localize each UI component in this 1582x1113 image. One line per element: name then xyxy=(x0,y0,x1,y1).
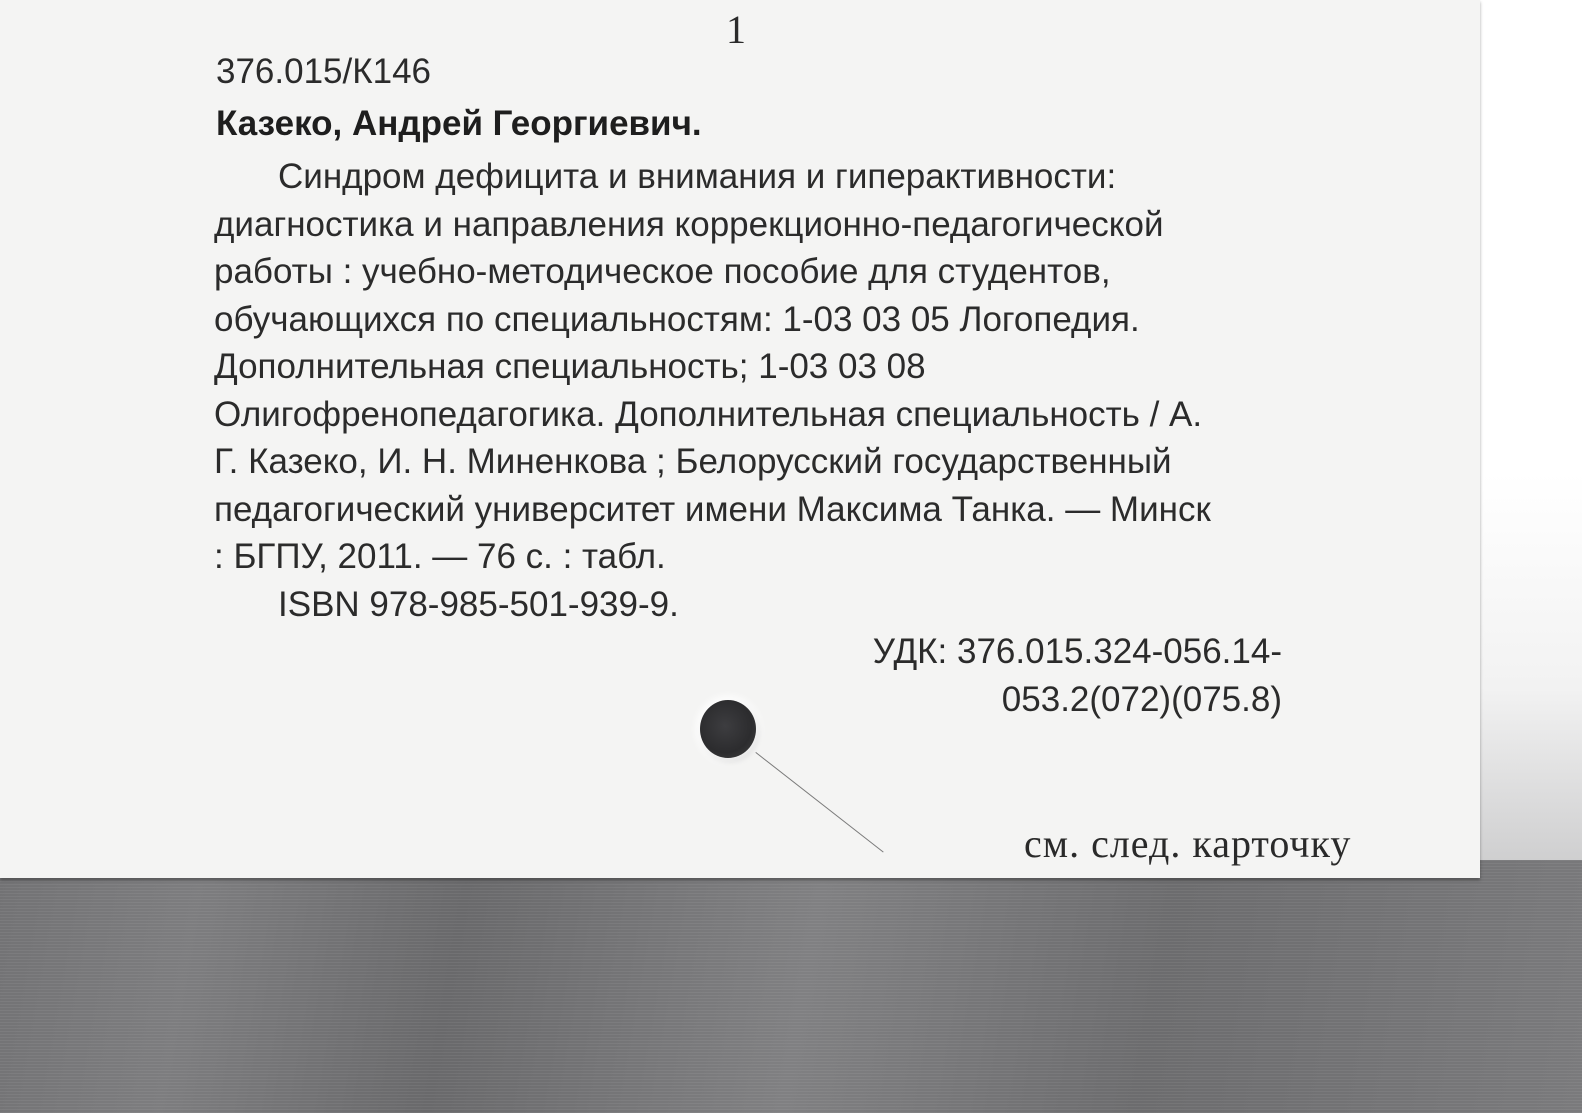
author-heading: Казеко, Андрей Георгиевич. xyxy=(216,104,702,144)
description-line: обучающихся по специальностям: 1-03 03 0… xyxy=(214,296,1389,344)
description-line: Олигофренопедагогика. Дополнительная спе… xyxy=(214,391,1389,439)
udc-line: УДК: 376.015.324-056.14- xyxy=(873,628,1282,676)
punch-hole xyxy=(700,700,756,758)
continuation-note: см. след. карточку xyxy=(1024,820,1351,867)
udc-line: 053.2(072)(075.8) xyxy=(873,676,1282,724)
card-number: 1 xyxy=(726,6,746,53)
isbn-line: ISBN 978-985-501-939-9. xyxy=(214,581,1389,629)
description-line: Дополнительная специальность; 1-03 03 08 xyxy=(214,343,1389,391)
call-number: 376.015/К146 xyxy=(216,52,431,92)
catalog-card: 1 376.015/К146 Казеко, Андрей Георгиевич… xyxy=(0,0,1480,878)
scanner-edge-strip xyxy=(1478,0,1582,860)
description-line: диагностика и направления коррекционно-п… xyxy=(214,201,1389,249)
title-line: Синдром дефицита и внимания и гиперактив… xyxy=(214,153,1389,201)
bibliographic-description: Синдром дефицита и внимания и гиперактив… xyxy=(214,153,1389,628)
publication-line: : БГПУ, 2011. — 76 с. : табл. xyxy=(214,533,1389,581)
thread-line xyxy=(755,752,883,853)
description-line: Г. Казеко, И. Н. Миненкова ; Белорусский… xyxy=(214,438,1389,486)
description-line: работы : учебно-методическое пособие для… xyxy=(214,248,1389,296)
description-line: педагогический университет имени Максима… xyxy=(214,486,1389,534)
udc-classification: УДК: 376.015.324-056.14- 053.2(072)(075.… xyxy=(873,628,1282,724)
